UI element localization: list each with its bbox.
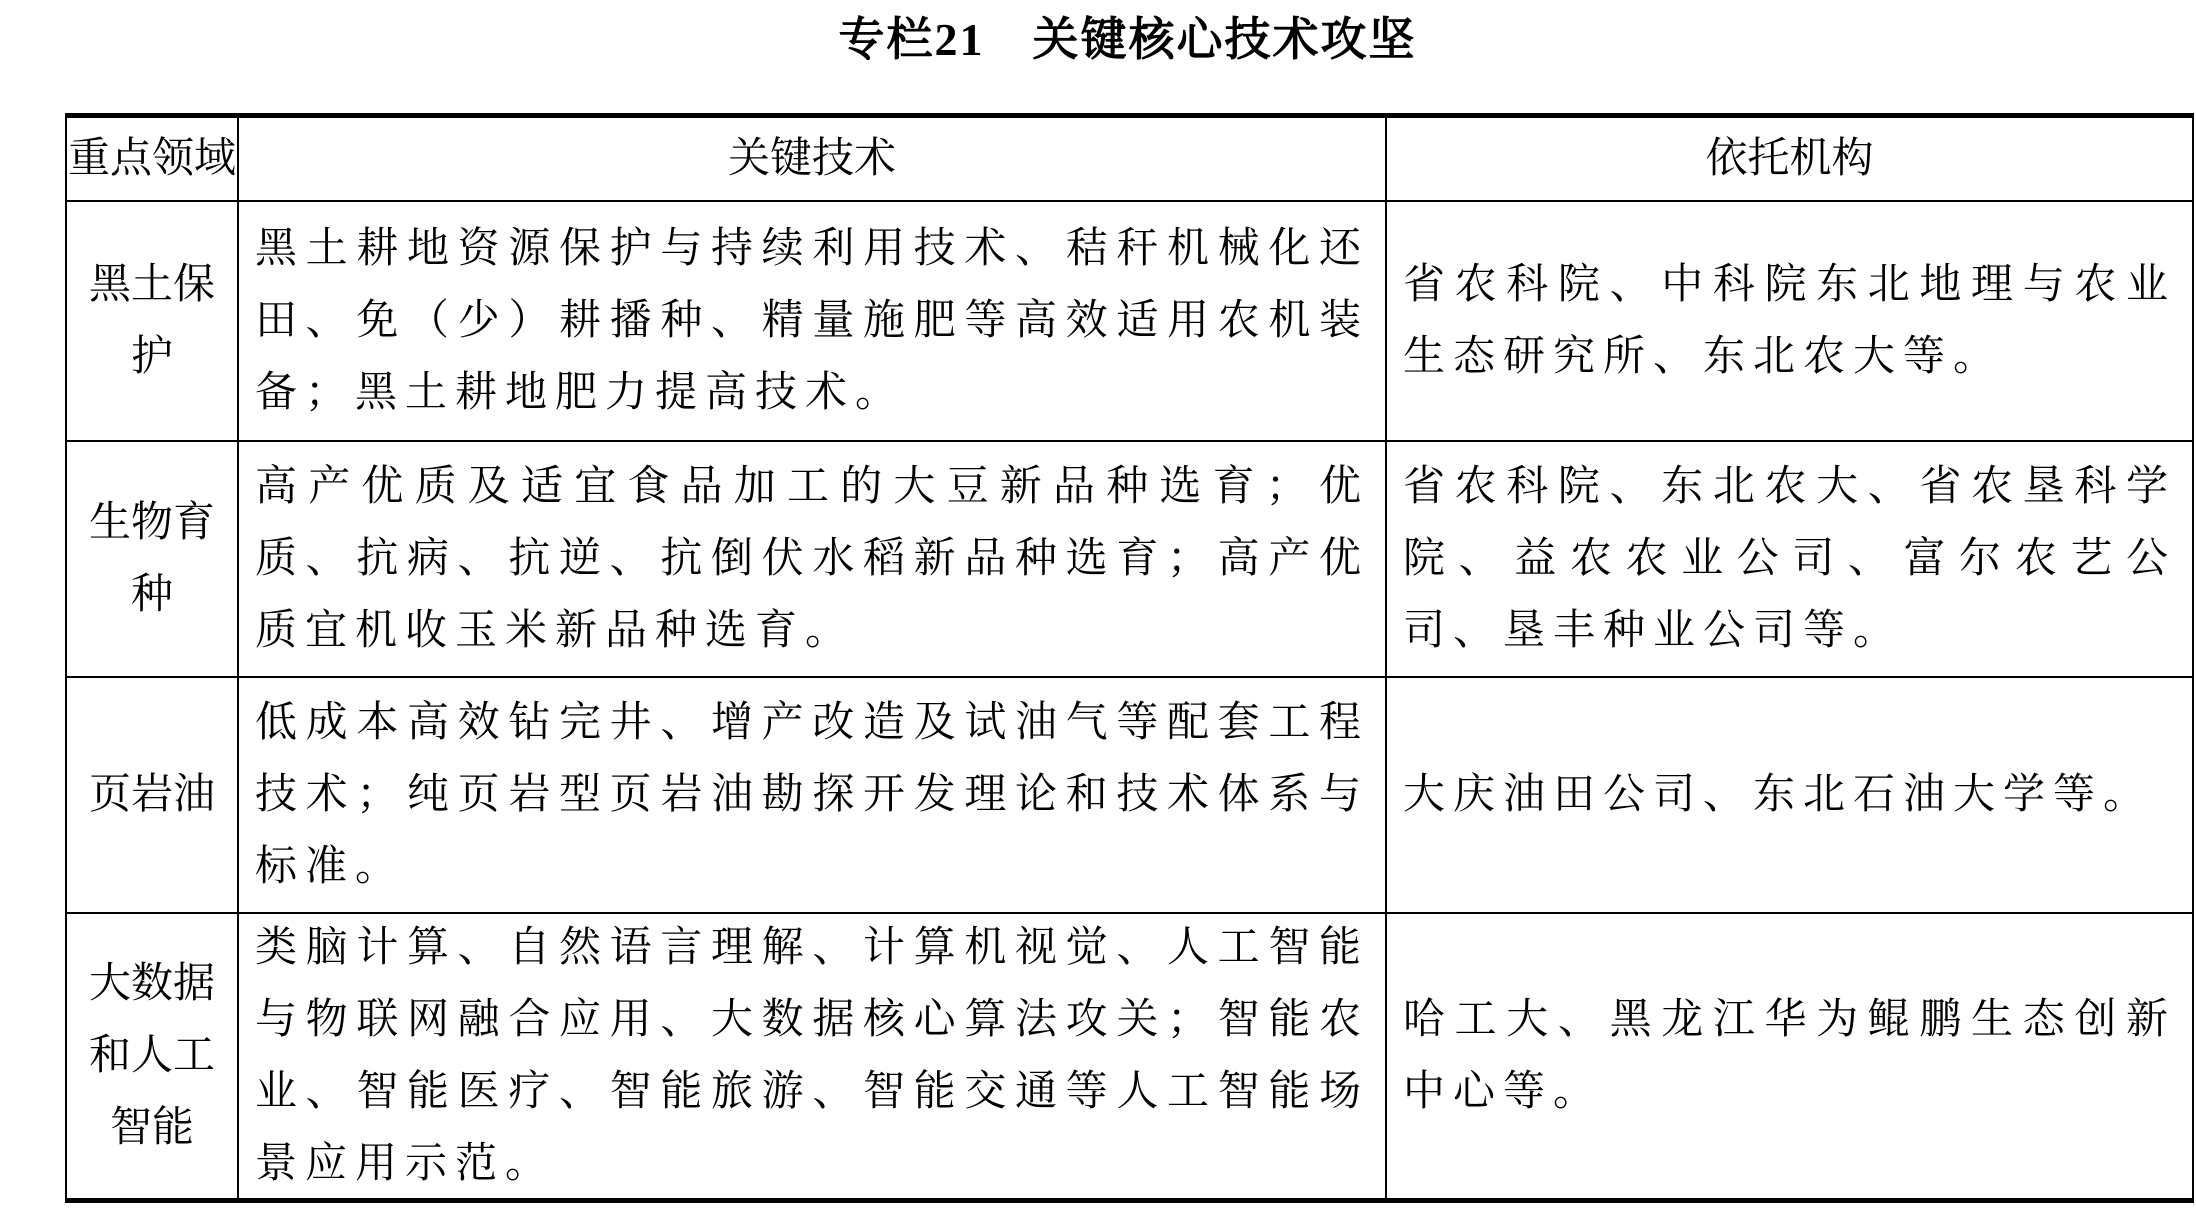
column-header-tech: 关键技术 bbox=[239, 118, 1387, 202]
row1-tech-cell: 黑土耕地资源保护与持续利用技术、秸秆机械化还田、免（少）耕播种、精量施肥等高效适… bbox=[239, 202, 1387, 442]
row4-tech-cell: 类脑计算、自然语言理解、计算机视觉、人工智能与物联网融合应用、大数据核心算法攻关… bbox=[239, 914, 1387, 1198]
row3-org-cell: 大庆油田公司、东北石油大学等。 bbox=[1387, 678, 2192, 914]
document-header: 专栏21 关键核心技术攻坚 bbox=[65, 10, 2190, 70]
column-header-area-label: 重点领域 bbox=[67, 123, 237, 195]
row1-org-cell: 省农科院、中科院东北地理与农业生态研究所、东北农大等。 bbox=[1387, 202, 2192, 442]
row2-org-text: 省农科院、东北农大、省农垦科学院、益农农业公司、富尔农艺公司、垦丰种业公司等。 bbox=[1403, 451, 2176, 667]
key-core-tech-table: 重点领域 关键技术 依托机构 黑土保护 黑土耕地资源保护与持续利用技术、秸秆机械… bbox=[65, 113, 2194, 1203]
row3-tech-text: 低成本高效钻完井、增产改造及试油气等配套工程技术；纯页岩型页岩油勘探开发理论和技… bbox=[255, 687, 1369, 903]
row4-area-cell: 大数据和人工智能 bbox=[67, 914, 239, 1198]
row1-area-label: 黑土保护 bbox=[69, 249, 235, 393]
row4-tech-text: 类脑计算、自然语言理解、计算机视觉、人工智能与物联网融合应用、大数据核心算法攻关… bbox=[255, 914, 1369, 1198]
row2-org-cell: 省农科院、东北农大、省农垦科学院、益农农业公司、富尔农艺公司、垦丰种业公司等。 bbox=[1387, 442, 2192, 678]
row2-area-cell: 生物育种 bbox=[67, 442, 239, 678]
column-header-tech-label: 关键技术 bbox=[239, 123, 1385, 195]
row2-tech-text: 高产优质及适宜食品加工的大豆新品种选育；优质、抗病、抗逆、抗倒伏水稻新品种选育；… bbox=[255, 451, 1369, 667]
row1-org-text: 省农科院、中科院东北地理与农业生态研究所、东北农大等。 bbox=[1403, 249, 2176, 393]
row1-area-cell: 黑土保护 bbox=[67, 202, 239, 442]
row2-tech-cell: 高产优质及适宜食品加工的大豆新品种选育；优质、抗病、抗逆、抗倒伏水稻新品种选育；… bbox=[239, 442, 1387, 678]
row4-org-text: 哈工大、黑龙江华为鲲鹏生态创新中心等。 bbox=[1403, 984, 2176, 1128]
row2-area-label: 生物育种 bbox=[69, 487, 235, 631]
row4-area-label: 大数据和人工智能 bbox=[69, 948, 235, 1164]
row3-org-text: 大庆油田公司、东北石油大学等。 bbox=[1403, 759, 2176, 831]
row3-area-cell: 页岩油 bbox=[67, 678, 239, 914]
row4-org-cell: 哈工大、黑龙江华为鲲鹏生态创新中心等。 bbox=[1387, 914, 2192, 1198]
column-header-org: 依托机构 bbox=[1387, 118, 2192, 202]
column-header-area: 重点领域 bbox=[67, 118, 239, 202]
page-title: 专栏21 关键核心技术攻坚 bbox=[65, 10, 2190, 70]
column-header-org-label: 依托机构 bbox=[1387, 123, 2192, 195]
row3-area-label: 页岩油 bbox=[69, 759, 235, 831]
row1-tech-text: 黑土耕地资源保护与持续利用技术、秸秆机械化还田、免（少）耕播种、精量施肥等高效适… bbox=[255, 213, 1369, 429]
row3-tech-cell: 低成本高效钻完井、增产改造及试油气等配套工程技术；纯页岩型页岩油勘探开发理论和技… bbox=[239, 678, 1387, 914]
